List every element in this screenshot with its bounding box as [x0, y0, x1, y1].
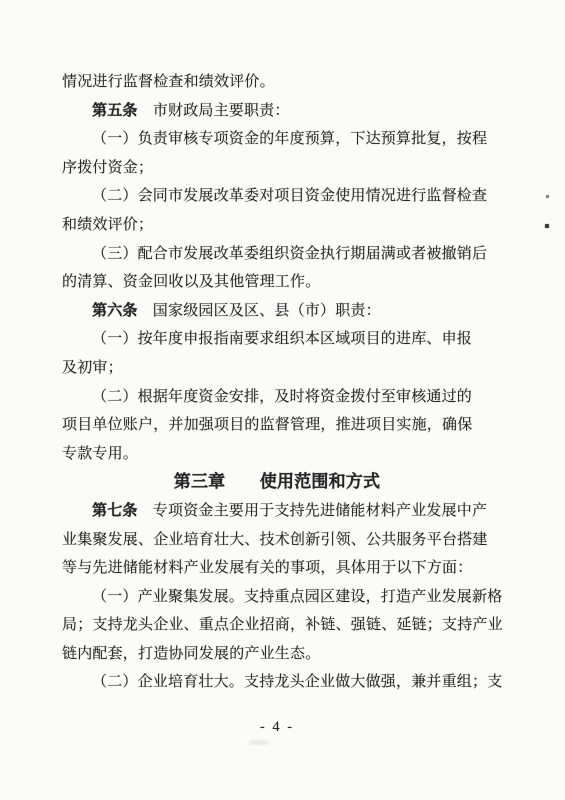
text-line: 专款专用。 — [62, 440, 492, 469]
text-run: （二）会同市发展改革委对项目资金使用情况进行监督检查 — [92, 188, 487, 204]
scanned-document-page: 情况进行监督检查和绩效评价。第五条 市财政局主要职责：（一）负责审核专项资金的年… — [0, 0, 565, 800]
chapter-heading: 第三章 使用范围和方式 — [62, 468, 492, 497]
article-label: 第三章 — [174, 472, 226, 491]
text-line: 项目单位账户，并加强项目的监督管理，推进项目实施，确保 — [62, 411, 492, 440]
scan-artifact-speck — [546, 195, 549, 198]
text-line: （三）配合市发展改革委组织资金执行期届满或者被撤销后 — [62, 240, 492, 269]
text-run: 链内配套，打造协同发展的产业生态。 — [62, 646, 320, 662]
article-label: 第六条 — [92, 302, 138, 319]
text-run: 项目单位账户，并加强项目的监督管理，推进项目实施，确保 — [62, 417, 472, 433]
text-run: 专款专用。 — [62, 446, 138, 462]
text-run: 专项资金主要用于支持先进储能材料产业发展中产 — [138, 503, 488, 519]
text-run: 的清算、资金回收以及其他管理工作。 — [62, 274, 320, 290]
text-line: （二）企业培育壮大。支持龙头企业做大做强，兼并重组；支 — [62, 668, 492, 697]
text-run: （三）配合市发展改革委组织资金执行期届满或者被撤销后 — [92, 246, 487, 262]
article-label: 第五条 — [92, 102, 138, 119]
text-line: 等与先进储能材料产业发展有关的事项，具体用于以下方面： — [62, 554, 492, 583]
scan-artifact-speck — [545, 224, 549, 228]
text-run: 等与先进储能材料产业发展有关的事项，具体用于以下方面： — [62, 560, 472, 576]
text-line: （一）按年度申报指南要求组织本区域项目的进库、申报 — [62, 325, 492, 354]
text-run: （二）企业培育壮大。支持龙头企业做大做强，兼并重组；支 — [92, 674, 502, 690]
article-label: 第七条 — [92, 502, 138, 519]
document-text-block: 情况进行监督检查和绩效评价。第五条 市财政局主要职责：（一）负责审核专项资金的年… — [62, 68, 492, 697]
text-run: 业集聚发展、企业培育壮大、技术创新引领、公共服务平台搭建 — [62, 532, 488, 548]
text-line: 第七条 专项资金主要用于支持先进储能材料产业发展中产 — [62, 497, 492, 526]
text-run: （一）按年度申报指南要求组织本区域项目的进库、申报 — [92, 331, 472, 347]
text-line: 的清算、资金回收以及其他管理工作。 — [62, 268, 492, 297]
text-run: 情况进行监督检查和绩效评价。 — [62, 74, 275, 90]
text-line: （二）根据年度资金安排，及时将资金拨付至审核通过的 — [62, 383, 492, 412]
scan-artifact-smudge — [248, 740, 270, 745]
article-label: 使用范围和方式 — [225, 472, 380, 491]
text-run: （一）负责审核专项资金的年度预算，下达预算批复，按程 — [92, 131, 487, 147]
text-run: 和绩效评价； — [62, 217, 153, 233]
text-line: 局；支持龙头企业、重点企业招商，补链、强链、延链；支持产业 — [62, 611, 492, 640]
text-line: 及初审； — [62, 354, 492, 383]
text-run: 市财政局主要职责： — [138, 103, 290, 119]
text-run: （二）根据年度资金安排，及时将资金拨付至审核通过的 — [92, 389, 472, 405]
text-run: 序拨付资金； — [62, 160, 153, 176]
text-line: 链内配套，打造协同发展的产业生态。 — [62, 640, 492, 669]
text-line: 第六条 国家级园区及区、县（市）职责： — [62, 297, 492, 326]
text-line: 和绩效评价； — [62, 211, 492, 240]
text-line: 第五条 市财政局主要职责： — [62, 97, 492, 126]
text-line: 业集聚发展、企业培育壮大、技术创新引领、公共服务平台搭建 — [62, 526, 492, 555]
page-number: - 4 - — [62, 719, 492, 736]
text-line: （一）产业聚集发展。支持重点园区建设，打造产业发展新格 — [62, 583, 492, 612]
text-line: 情况进行监督检查和绩效评价。 — [62, 68, 492, 97]
text-line: （一）负责审核专项资金的年度预算，下达预算批复，按程 — [62, 125, 492, 154]
text-run: （一）产业聚集发展。支持重点园区建设，打造产业发展新格 — [92, 589, 502, 605]
text-line: 序拨付资金； — [62, 154, 492, 183]
text-run: 及初审； — [62, 360, 123, 376]
text-line: （二）会同市发展改革委对项目资金使用情况进行监督检查 — [62, 182, 492, 211]
text-run: 局；支持龙头企业、重点企业招商，补链、强链、延链；支持产业 — [62, 617, 503, 633]
text-run: 国家级园区及区、县（市）职责： — [138, 303, 381, 319]
